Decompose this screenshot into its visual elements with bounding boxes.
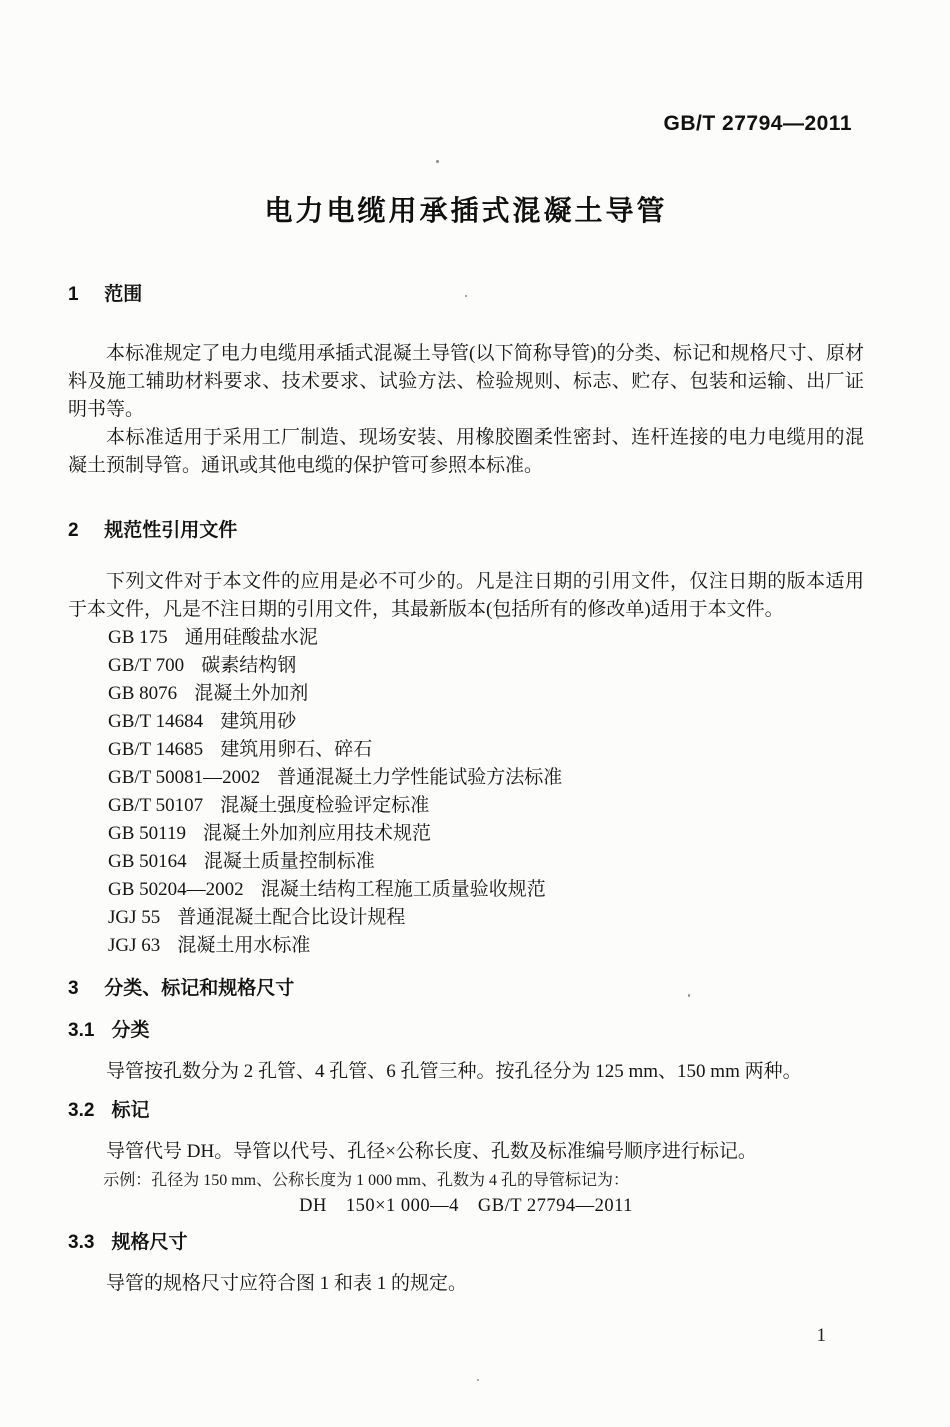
section-3-2-title: 标记: [112, 1100, 150, 1121]
scope-paragraph-2: 本标准适用于采用工厂制造、现场安装、用橡胶圈柔性密封、连杆连接的电力电缆用的混凝…: [68, 424, 864, 480]
section-2-number: 2: [68, 520, 79, 541]
reference-code: GB 8076: [108, 683, 177, 704]
reference-code: GB 50119: [108, 823, 186, 844]
scan-speck: [688, 994, 690, 997]
section-2-title: 规范性引用文件: [104, 520, 237, 541]
section-3-2-number: 3.2: [68, 1100, 94, 1121]
reference-title: 混凝土结构工程施工质量验收规范: [261, 879, 546, 900]
reference-item: GB 50119混凝土外加剂应用技术规范: [108, 820, 864, 848]
reference-code: GB 50204—2002: [108, 879, 244, 900]
reference-title: 混凝土强度检验评定标准: [220, 795, 429, 816]
document-page: GB/T 27794—2011 电力电缆用承插式混凝土导管 1范围 本标准规定了…: [0, 0, 950, 1427]
document-title: 电力电缆用承插式混凝土导管: [68, 192, 864, 230]
section-3-number: 3: [68, 978, 79, 999]
reference-item: GB 175通用硅酸盐水泥: [108, 624, 864, 652]
references-intro: 下列文件对于本文件的应用是必不可少的。凡是注日期的引用文件，仅注日期的版本适用于…: [68, 568, 864, 624]
reference-code: GB 175: [108, 627, 168, 648]
reference-code: GB/T 14684: [108, 711, 203, 732]
dimensions-paragraph: 导管的规格尺寸应符合图 1 和表 1 的规定。: [68, 1270, 864, 1298]
scan-speck: [497, 617, 499, 619]
classification-paragraph: 导管按孔数分为 2 孔管、4 孔管、6 孔管三种。按孔径分为 125 mm、15…: [68, 1058, 864, 1086]
reference-item: GB/T 14685建筑用卵石、碎石: [108, 736, 864, 764]
reference-title: 通用硅酸盐水泥: [185, 627, 318, 648]
reference-item: GB/T 50081—2002普通混凝土力学性能试验方法标准: [108, 764, 864, 792]
reference-title: 普通混凝土配合比设计规程: [177, 907, 405, 928]
section-3-heading: 3分类、标记和规格尺寸: [68, 976, 864, 1002]
section-3-3-heading: 3.3规格尺寸: [68, 1230, 864, 1256]
reference-code: GB/T 50107: [108, 795, 203, 816]
reference-item: GB/T 700碳素结构钢: [108, 652, 864, 680]
marking-example-label: 示例：孔径为 150 mm、公称长度为 1 000 mm、孔数为 4 孔的导管标…: [68, 1170, 864, 1192]
reference-item: GB 50204—2002混凝土结构工程施工质量验收规范: [108, 876, 864, 904]
reference-code: GB/T 14685: [108, 739, 203, 760]
marking-example-code: DH 150×1 000—4 GB/T 27794—2011: [68, 1194, 864, 1218]
standard-number: GB/T 27794—2011: [68, 112, 864, 136]
scan-speck: [135, 1242, 137, 1244]
reference-title: 混凝土外加剂应用技术规范: [203, 823, 431, 844]
reference-item: JGJ 63混凝土用水标准: [108, 932, 864, 960]
reference-code: JGJ 55: [108, 907, 160, 928]
references-list: GB 175通用硅酸盐水泥 GB/T 700碳素结构钢 GB 8076混凝土外加…: [68, 624, 864, 960]
reference-title: 混凝土用水标准: [177, 935, 310, 956]
reference-code: GB 50164: [108, 851, 187, 872]
reference-title: 建筑用卵石、碎石: [220, 739, 372, 760]
reference-item: GB/T 50107混凝土强度检验评定标准: [108, 792, 864, 820]
section-2-heading: 2规范性引用文件: [68, 518, 864, 544]
section-3-title: 分类、标记和规格尺寸: [104, 978, 294, 999]
section-3-3-title: 规格尺寸: [112, 1232, 188, 1253]
section-1-number: 1: [68, 284, 79, 305]
reference-item: GB/T 14684建筑用砂: [108, 708, 864, 736]
reference-title: 混凝土质量控制标准: [204, 851, 375, 872]
page-number: 1: [817, 1325, 827, 1347]
section-3-1-heading: 3.1分类: [68, 1018, 864, 1044]
reference-title: 混凝土外加剂: [194, 683, 308, 704]
reference-code: JGJ 63: [108, 935, 160, 956]
reference-title: 碳素结构钢: [201, 655, 296, 676]
reference-title: 建筑用砂: [220, 711, 296, 732]
section-3-3-number: 3.3: [68, 1232, 94, 1253]
reference-code: GB/T 700: [108, 655, 184, 676]
scan-speck: [436, 160, 439, 163]
section-3-1-title: 分类: [112, 1020, 150, 1041]
reference-item: GB 50164混凝土质量控制标准: [108, 848, 864, 876]
reference-title: 普通混凝土力学性能试验方法标准: [277, 767, 562, 788]
scope-paragraph-1: 本标准规定了电力电缆用承插式混凝土导管(以下简称导管)的分类、标记和规格尺寸、原…: [68, 340, 864, 424]
marking-paragraph: 导管代号 DH。导管以代号、孔径×公称长度、孔数及标准编号顺序进行标记。: [68, 1138, 864, 1166]
section-3-1-number: 3.1: [68, 1020, 94, 1041]
scan-speck: [477, 1379, 479, 1381]
section-1-title: 范围: [104, 284, 142, 305]
scan-speck: [465, 295, 467, 297]
reference-item: GB 8076混凝土外加剂: [108, 680, 864, 708]
reference-item: JGJ 55普通混凝土配合比设计规程: [108, 904, 864, 932]
reference-code: GB/T 50081—2002: [108, 767, 260, 788]
section-3-2-heading: 3.2标记: [68, 1098, 864, 1124]
